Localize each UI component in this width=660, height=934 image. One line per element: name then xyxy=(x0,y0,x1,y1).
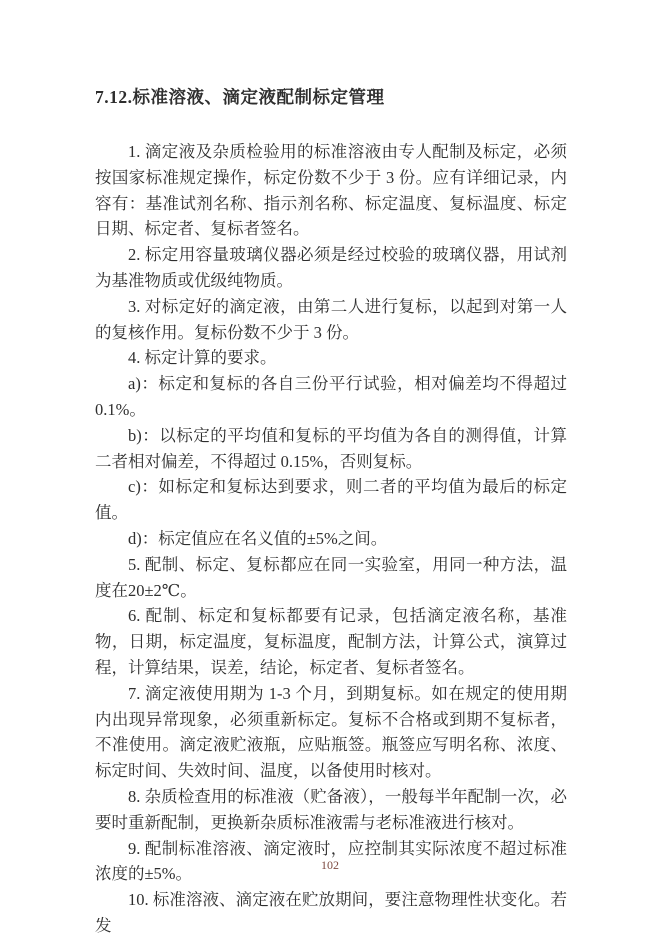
document-content: 7.12.标准溶液、滴定液配制标定管理 1. 滴定液及杂质检验用的标准溶液由专人… xyxy=(95,84,567,934)
page-number: 102 xyxy=(0,858,660,873)
paragraph-6: 6. 配制、标定和复标都要有记录，包括滴定液名称，基准物，日期，标定温度，复标温… xyxy=(95,603,567,680)
paragraph-4a: a)：标定和复标的各自三份平行试验，相对偏差均不得超过 0.1%。 xyxy=(95,371,567,423)
paragraph-2: 2. 标定用容量玻璃仪器必须是经过校验的玻璃仪器，用试剂为基准物质或优级纯物质。 xyxy=(95,242,567,294)
paragraph-3: 3. 对标定好的滴定液，由第二人进行复标，以起到对第一人的复核作用。复标份数不少… xyxy=(95,294,567,346)
paragraph-4c: c)：如标定和复标达到要求，则二者的平均值为最后的标定值。 xyxy=(95,474,567,526)
document-page: 7.12.标准溶液、滴定液配制标定管理 1. 滴定液及杂质检验用的标准溶液由专人… xyxy=(0,0,660,934)
paragraph-8: 8. 杂质检查用的标准液（贮备液），一般每半年配制一次，必要时重新配制，更换新杂… xyxy=(95,784,567,836)
paragraph-4b: b)：以标定的平均值和复标的平均值为各自的测得值，计算二者相对偏差，不得超过 0… xyxy=(95,423,567,475)
paragraph-5: 5. 配制、标定、复标都应在同一实验室，用同一种方法，温度在20±2℃。 xyxy=(95,552,567,604)
section-title: 7.12.标准溶液、滴定液配制标定管理 xyxy=(95,84,567,110)
paragraph-4d: d)：标定值应在名义值的±5%之间。 xyxy=(95,526,567,552)
paragraph-10: 10. 标准溶液、滴定液在贮放期间，要注意物理性状变化。若发 xyxy=(95,887,567,934)
document-body: 1. 滴定液及杂质检验用的标准溶液由专人配制及标定，必须按国家标准规定操作，标定… xyxy=(95,139,567,934)
paragraph-1: 1. 滴定液及杂质检验用的标准溶液由专人配制及标定，必须按国家标准规定操作，标定… xyxy=(95,139,567,242)
paragraph-7: 7. 滴定液使用期为 1-3 个月，到期复标。如在规定的使用期内出现异常现象，必… xyxy=(95,681,567,784)
paragraph-4: 4. 标定计算的要求。 xyxy=(95,345,567,371)
